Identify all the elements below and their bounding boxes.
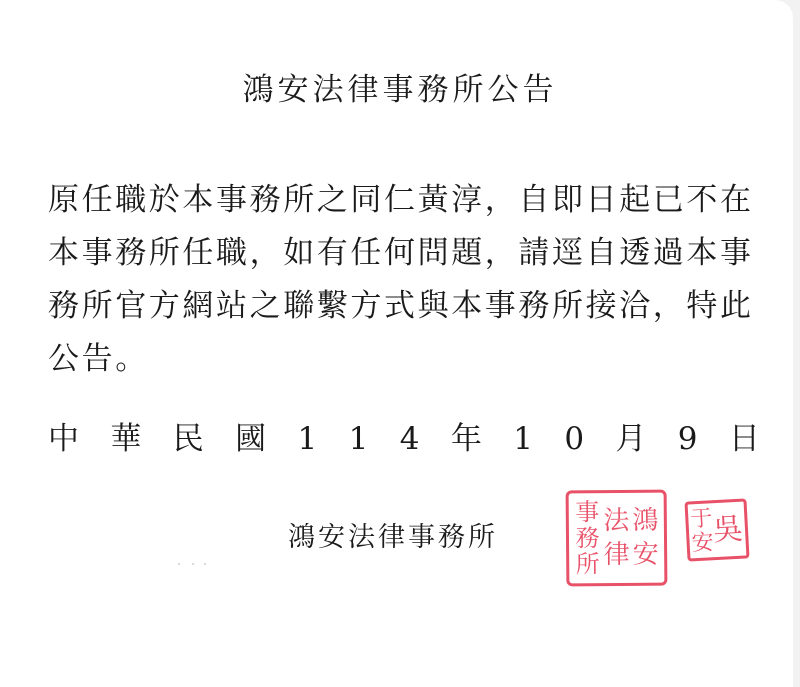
body-line-2: 本事務所任職，如有任何問題，請逕自透過本事: [48, 227, 760, 280]
date-era-char: 中: [48, 417, 79, 461]
announcement-date: 中 華 民 國 1 1 4 年 1 0 月 9 日: [48, 417, 760, 461]
date-month-unit: 月: [615, 417, 646, 461]
body-line-1: 原任職於本事務所之同仁黃淳，自即日起已不在: [48, 174, 760, 227]
date-era-char: 國: [235, 417, 266, 461]
seal-column: 于 安: [690, 507, 714, 556]
date-day-digit: 9: [678, 417, 698, 461]
seal-char: 律: [604, 542, 630, 568]
seal-char: 所: [576, 551, 600, 577]
date-year-digit: 1: [298, 417, 318, 461]
body-line-4: 公告。: [48, 333, 760, 386]
date-year-digit: 4: [400, 417, 420, 461]
body-line-3: 務所官方網站之聯繫方式與本事務所接洽，特此: [48, 280, 760, 333]
date-year-digit: 1: [349, 417, 369, 461]
seal-char: 安: [633, 542, 659, 568]
seal-column: 鴻 安: [631, 499, 661, 577]
date-era-char: 華: [110, 417, 141, 461]
seal-char: 鴻: [632, 507, 658, 533]
firm-seal-stamp: 事 務 所 法 律 鴻 安: [566, 490, 668, 587]
seal-char: 吳: [712, 518, 743, 544]
seal-char: 于: [690, 507, 713, 532]
announcement-title: 鴻安法律事務所公告: [0, 68, 800, 112]
seal-column: 法 律: [602, 499, 632, 577]
date-era-char: 民: [173, 417, 204, 461]
date-day-unit: 日: [729, 417, 760, 461]
firm-signature: 鴻安法律事務所: [288, 516, 498, 560]
seal-column: 事 務 所: [573, 499, 603, 577]
seal-char: 務: [575, 525, 599, 551]
seal-char: 法: [603, 508, 629, 534]
seal-char: 安: [691, 531, 714, 556]
date-month-digit: 1: [513, 417, 533, 461]
date-year-unit: 年: [451, 417, 482, 461]
announcement-document: 鴻安法律事務所公告 原任職於本事務所之同仁黃淳，自即日起已不在 本事務所任職，如…: [0, 0, 793, 687]
personal-seal-stamp: 于 安 吳: [684, 498, 749, 561]
seal-char: 事: [575, 499, 599, 525]
announcement-body: 原任職於本事務所之同仁黃淳，自即日起已不在 本事務所任職，如有任何問題，請逕自透…: [48, 174, 760, 386]
seal-column: 吳: [712, 506, 744, 556]
scan-specks: [178, 563, 218, 566]
date-month-digit: 0: [564, 417, 584, 461]
